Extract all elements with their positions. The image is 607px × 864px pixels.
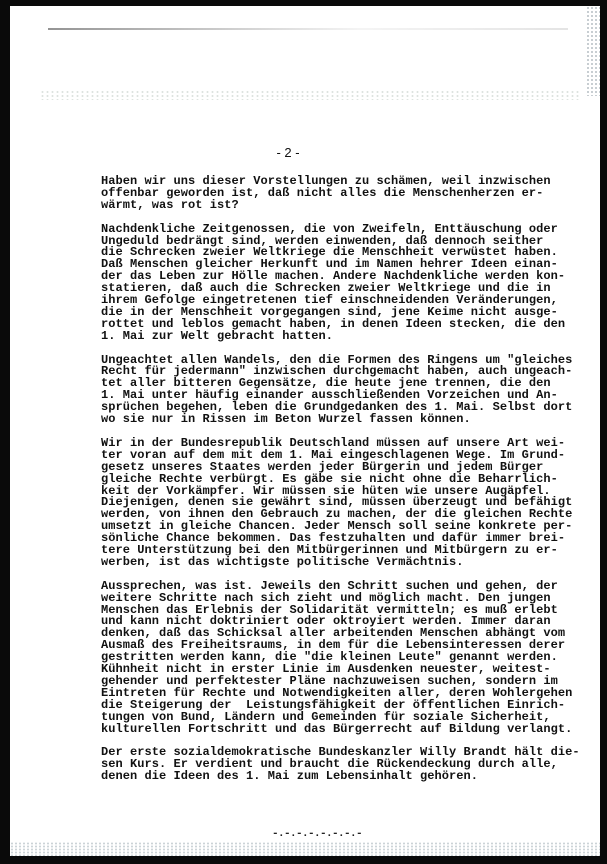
scan-noise-bottom [10,842,600,856]
scan-artifact-line [48,28,568,30]
page-number: - 2 - [268,145,308,160]
text-line: wärmt, was rot ist? [101,200,581,212]
text-line: denen die Ideen des 1. Mai zum Lebensinh… [101,771,581,783]
text-line: 1. Mai zur Welt gebracht hatten. [101,331,581,343]
document-page: - 2 - Haben wir uns dieser Vorstellungen… [10,6,600,856]
paragraph: Ungeachtet allen Wandels, den die Formen… [101,355,581,426]
text-line: werben, ist das wichtigste politische Ve… [101,557,581,569]
document-body: Haben wir uns dieser Vorstellungen zu sc… [101,176,581,795]
paragraph: Der erste sozialdemokratische Bundeskanz… [101,747,581,783]
closing-ornament: -.-.-.-.-.-.-.- [272,828,362,840]
paragraph: Aussprechen, was ist. Jeweils den Schrit… [101,581,581,736]
text-line: wo sie nur in Rissen im Beton Wurzel fas… [101,414,581,426]
text-line: kulturellen Fortschritt und das Bürgerre… [101,724,581,736]
paragraph: Nachdenkliche Zeitgenossen, die von Zwei… [101,224,581,343]
faded-header-text [40,90,580,100]
scan-noise [586,6,600,96]
paragraph: Haben wir uns dieser Vorstellungen zu sc… [101,176,581,212]
paragraph: Wir in der Bundesrepublik Deutschland mü… [101,438,581,569]
